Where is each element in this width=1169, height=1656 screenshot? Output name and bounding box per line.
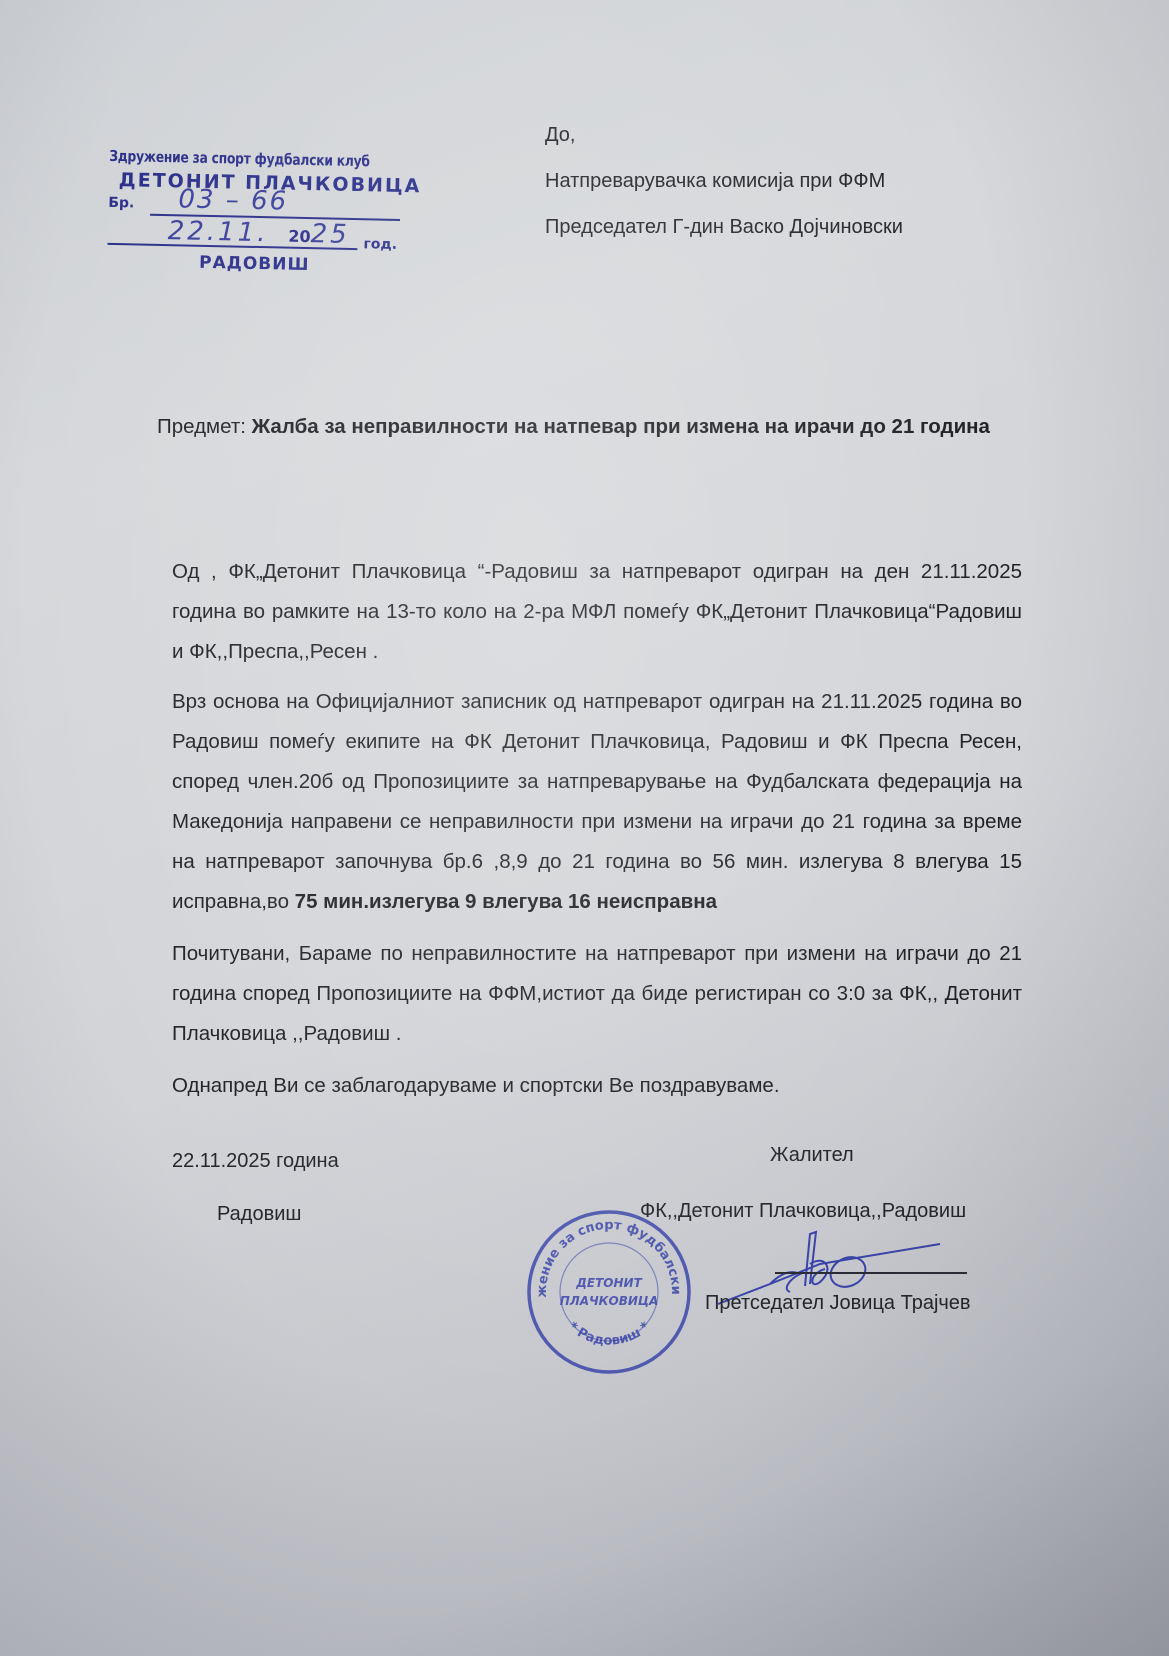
body-paragraph-1: Од , ФК„Детонит Плачковица “-Радовиш за … — [172, 552, 1022, 672]
letter-place: Радовиш — [217, 1203, 339, 1226]
registry-stamp: Здружение за спорт фудбалски клуб ДЕТОНИ… — [107, 147, 410, 293]
registry-stamp-org: Здружение за спорт фудбалски клуб — [109, 147, 370, 170]
body-paragraph-2-text: Врз основа на Официјалниот записник од н… — [172, 690, 1022, 913]
round-club-stamp: Здружение за спорт фудбалски клуб * Радо… — [524, 1207, 694, 1377]
recipient-to: До, — [545, 112, 903, 158]
registry-stamp-year-suffix: 25 — [310, 219, 350, 250]
registry-stamp-date-day: 22.11. — [167, 216, 268, 248]
body-paragraph-2-bold: 75 мин.излегува 9 влегува 16 неисправна — [295, 890, 717, 913]
letter-body: Од , ФК„Детонит Плачковица “-Радовиш за … — [172, 552, 1022, 1118]
date-place-block: 22.11.2025 година Радовиш — [172, 1150, 339, 1226]
body-paragraph-4: Однапред Ви се заблагодаруваме и спортск… — [172, 1066, 1022, 1106]
svg-text:ДЕТОНИТ: ДЕТОНИТ — [575, 1276, 642, 1290]
subject-line: Предмет: Жалба за неправилности на натпе… — [157, 405, 1027, 449]
body-paragraph-3: Почитувани, Бараме по неправилностите на… — [172, 934, 1022, 1054]
registry-stamp-city: РАДОВИШ — [199, 253, 310, 275]
recipient-line2: Председател Г-дин Васко Дојчиновски — [545, 204, 903, 250]
registry-stamp-year-prefix: 20 — [288, 227, 311, 246]
recipient-block: До, Натпреварувачка комисија при ФФМ Пре… — [545, 112, 903, 250]
signature-line — [775, 1272, 967, 1274]
subject-label: Предмет: — [157, 415, 246, 438]
registry-stamp-date-suffix: год. — [363, 236, 397, 253]
body-paragraph-2: Врз основа на Официјалниот записник од н… — [172, 682, 1022, 922]
round-stamp-icon: Здружение за спорт фудбалски клуб * Радо… — [524, 1207, 694, 1377]
complainant-label: Жалител — [770, 1144, 854, 1167]
subject-text: Жалба за неправилности на натпевар при и… — [252, 415, 990, 438]
letter-date: 22.11.2025 година — [172, 1150, 339, 1172]
document-page: Здружение за спорт фудбалски клуб ДЕТОНИ… — [0, 0, 1169, 1656]
svg-text:* Радовиш *: * Радовиш * — [565, 1319, 653, 1349]
registry-stamp-number-label: Бр. — [108, 195, 134, 212]
chairman-name: Претседател Јовица Трајчев — [705, 1292, 971, 1315]
recipient-line1: Натпреварувачка комисија при ФФМ — [545, 158, 903, 204]
svg-text:ПЛАЧКОВИЦА: ПЛАЧКОВИЦА — [560, 1294, 659, 1308]
registry-stamp-number-value: 03 – 66 — [178, 184, 288, 216]
